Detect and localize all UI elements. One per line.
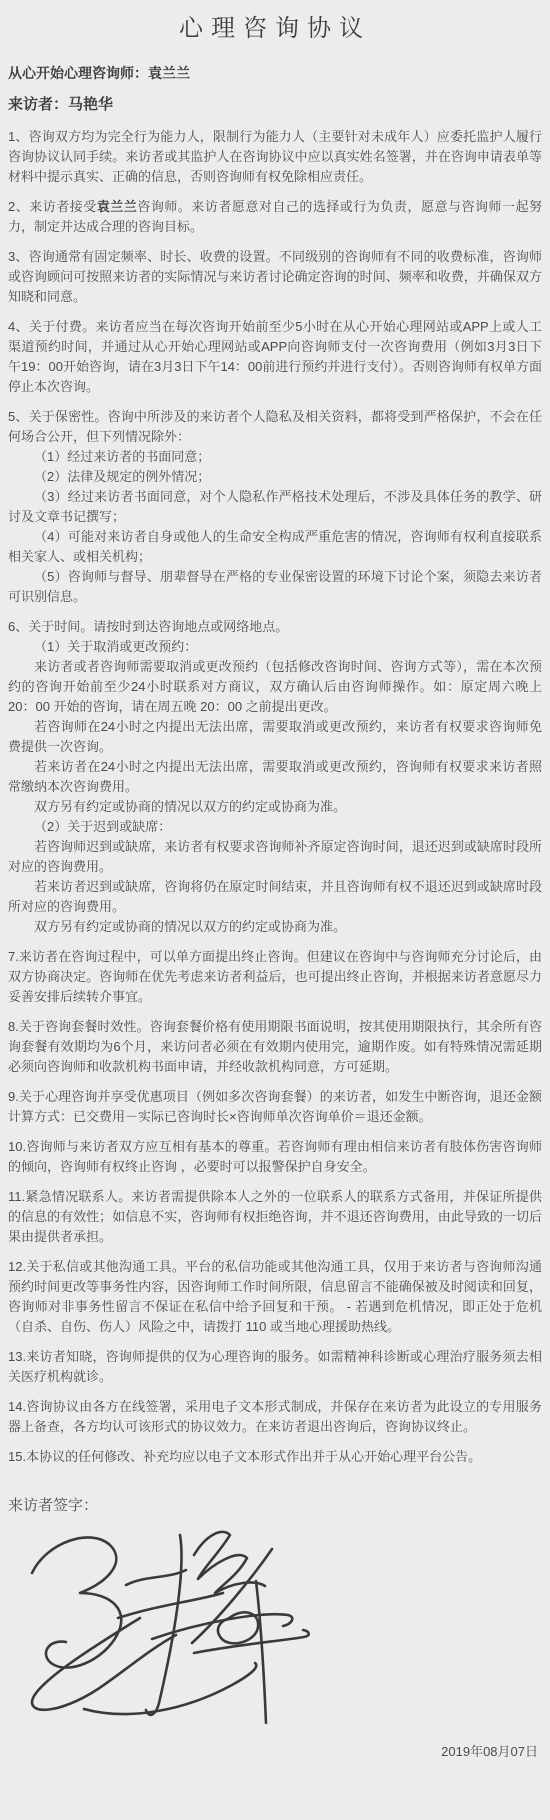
clause-paragraph: 15.本协议的任何修改、补充均应以电子文本形式作出并于从心开始心理平台公告。 [8,1447,542,1467]
page-title: 心理咨询协议 [8,8,542,43]
counselor-line: 从心开始心理咨询师：袁兰兰 [8,63,542,83]
clause-paragraph: 7.来访者在咨询过程中，可以单方面提出终止咨询。但建议在咨询中与咨询师充分讨论后… [8,947,542,1007]
clause-paragraph: 12.关于私信或其他沟通工具。平台的私信功能或其他沟通工具，仅用于来访者与咨询师… [8,1257,542,1337]
visitor-line: 来访者：马艳华 [8,95,542,115]
signature-date: 2019年08月07日 [8,1741,542,1760]
clause-paragraph: 13.来访者知晓，咨询师提供的仅为心理咨询的服务。如需精神科诊断或心理治疗服务须… [8,1347,542,1387]
clause-paragraph: 5、关于保密性。咨询中所涉及的来访者个人隐私及相关资料，都将受到严格保护，不会在… [8,407,542,447]
clause-paragraph: 1、咨询双方均为完全行为能力人，限制行为能力人（主要针对未成年人）应委托监护人履… [8,127,542,187]
clause-paragraph: 若咨询师在24小时之内提出无法出席，需要取消或更改预约，来访者有权要求咨询师免费… [8,717,542,757]
clause-paragraph: 双方另有约定或协商的情况以双方的约定或协商为准。 [8,797,542,817]
clause-paragraph: （5）咨询师与督导、朋辈督导在严格的专业保密设置的环境下讨论个案，须隐去来访者可… [8,567,542,607]
signature-label: 来访者签字： [8,1495,542,1517]
clause-paragraph: 若来访者迟到或缺席，咨询将仍在原定时间结束，并且咨询师有权不退还迟到或缺席时段所… [8,877,542,917]
clause-paragraph: （3）经过来访者书面同意，对个人隐私作严格技术处理后，不涉及具体任务的教学、研讨… [8,487,542,527]
visitor-signature [18,1523,318,1733]
clause-paragraph: （2）法律及规定的例外情况； [8,467,542,487]
visitor-signature-drawing [18,1523,318,1733]
clause-paragraph: 11.紧急情况联系人。来访者需提供除本人之外的一位联系人的联系方式备用，并保证所… [8,1187,542,1247]
clause-paragraph: 若来访者在24小时之内提出无法出席，需要取消或更改预约，咨询师有权要求来访者照常… [8,757,542,797]
clause-paragraph: 6、关于时间。请按时到达咨询地点或网络地点。 [8,617,542,637]
clause-paragraph: 4、关于付费。来访者应当在每次咨询开始前至少5小时在从心开始心理网站或APP上或… [8,317,542,397]
clause-paragraph: 3、咨询通常有固定频率、时长、收费的设置。不同级别的咨询师有不同的收费标准，咨询… [8,247,542,307]
clause-paragraph: （4）可能对来访者自身或他人的生命安全构成严重危害的情况，咨询师有权利直接联系相… [8,527,542,567]
agreement-clauses: 1、咨询双方均为完全行为能力人，限制行为能力人（主要针对未成年人）应委托监护人履… [8,127,542,1467]
clause-paragraph: 10.咨询师与来访者双方应互相有基本的尊重。若咨询师有理由相信来访者有肢体伤害咨… [8,1137,542,1177]
clause-paragraph: （2）关于迟到或缺席： [8,817,542,837]
clause-paragraph: 来访者或者咨询师需要取消或更改预约（包括修改咨询时间、咨询方式等），需在本次预约… [8,657,542,717]
clause-paragraph: （1）关于取消或更改预约： [8,637,542,657]
clause-paragraph: 双方另有约定或协商的情况以双方的约定或协商为准。 [8,917,542,937]
clause-paragraph: （1）经过来访者的书面同意； [8,447,542,467]
clause-paragraph: 2、来访者接受袁兰兰咨询师。来访者愿意对自己的选择或行为负责，愿意与咨询师一起努… [8,197,542,237]
clause-paragraph: 14.咨询协议由各方在线签署，采用电子文本形式制成，并保存在来访者为此设立的专用… [8,1397,542,1437]
clause-paragraph: 9.关于心理咨询并享受优惠项目（例如多次咨询套餐）的来访者，如发生中断咨询，退还… [8,1087,542,1127]
clause-paragraph: 8.关于咨询套餐时效性。咨询套餐价格有使用期限书面说明，按其使用期限执行，其余所… [8,1017,542,1077]
clause-paragraph: 若咨询师迟到或缺席，来访者有权要求咨询师补齐原定咨询时间，退还迟到或缺席时段所对… [8,837,542,877]
